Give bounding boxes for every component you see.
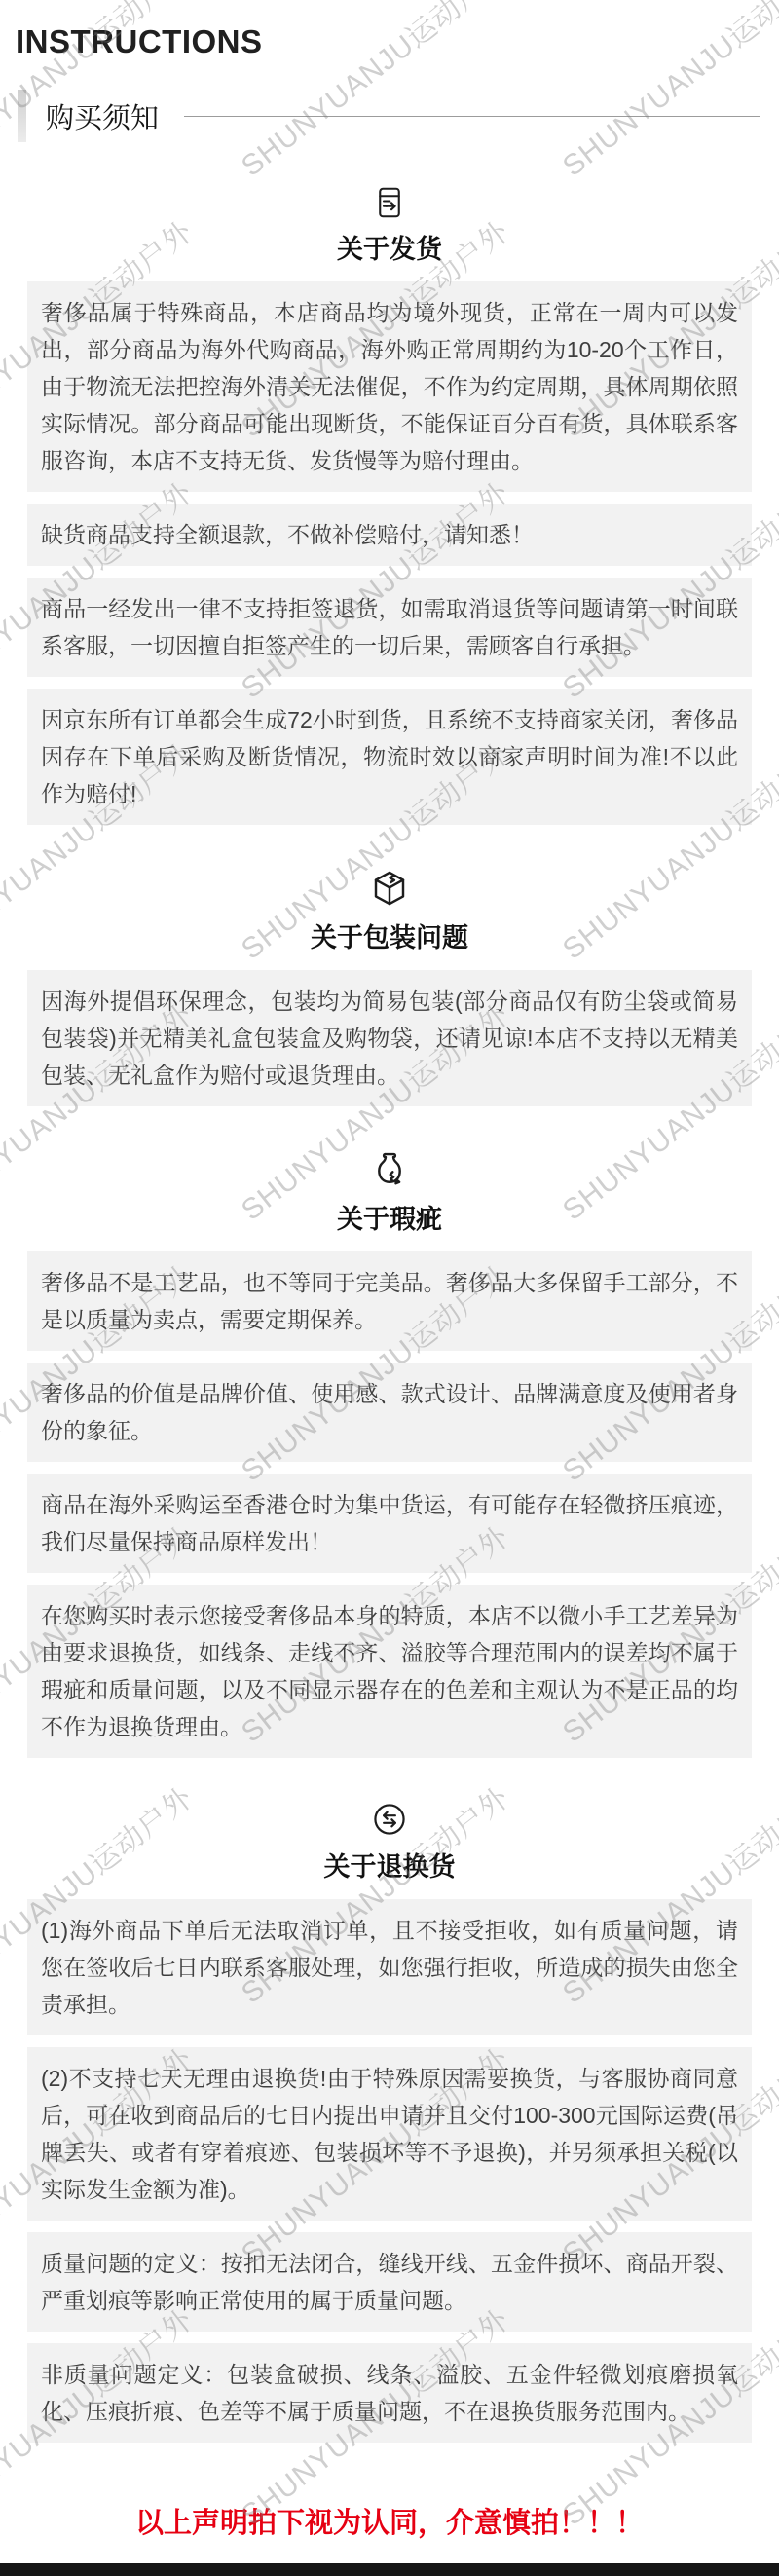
- section-returns: 关于退换货 (1)海外商品下单后无法取消订单，且不接受拒收，如有质量问题，请您在…: [0, 1801, 779, 2443]
- section-heading: 关于包装问题: [0, 916, 779, 954]
- notice-paragraph: 奢侈品不是工艺品，也不等同于完美品。奢侈品大多保留手工部分，不是以质量为卖点，需…: [27, 1251, 752, 1351]
- title-accent-bar: [18, 90, 26, 142]
- notice-paragraph: 因京东所有订单都会生成72小时到货，且系统不支持商家关闭，奢侈品因存在下单后采购…: [27, 689, 752, 825]
- shipping-box-icon: [0, 185, 779, 220]
- notice-paragraph: 奢侈品的价值是品牌价值、使用感、款式设计、品牌满意度及使用者身份的象征。: [27, 1363, 752, 1462]
- section-defects: 关于瑕疵 奢侈品不是工艺品，也不等同于完美品。奢侈品大多保留手工部分，不是以质量…: [0, 1149, 779, 1758]
- notice-paragraph: 质量问题的定义：按扣无法闭合，缝线开线、五金件损坏、商品开裂、严重划痕等影响正常…: [27, 2232, 752, 2332]
- section-title-row: 购买须知: [18, 90, 761, 142]
- page-title-cn: 购买须知: [46, 96, 159, 136]
- section-packaging: 关于包装问题 因海外提倡环保理念，包装均为简易包装(部分商品仅有防尘袋或简易包装…: [0, 868, 779, 1106]
- notice-paragraph: (2)不支持七天无理由退换货!由于特殊原因需要换货，与客服协商同意后，可在收到商…: [27, 2047, 752, 2221]
- section-heading: 关于退换货: [0, 1846, 779, 1884]
- section-heading: 关于瑕疵: [0, 1198, 779, 1236]
- notice-paragraph: 在您购买时表示您接受奢侈品本身的特质，本店不以微小手工艺差异为由要求退换货，如线…: [27, 1585, 752, 1758]
- bottom-black-bar: [0, 2563, 779, 2576]
- page-title-en: INSTRUCTIONS: [16, 23, 779, 60]
- notice-paragraph: 商品一经发出一律不支持拒签退货，如需取消退货等问题请第一时间联系客服，一切因擅自…: [27, 578, 752, 677]
- section-heading: 关于发货: [0, 228, 779, 266]
- footer-warning-text: 以上声明拍下视为认同，介意慎拍！！！: [0, 2501, 779, 2541]
- notice-paragraph: (1)海外商品下单后无法取消订单，且不接受拒收，如有质量问题，请您在签收后七日内…: [27, 1899, 752, 2035]
- page-header: INSTRUCTIONS: [0, 0, 779, 60]
- package-cube-icon: [0, 868, 779, 909]
- notice-paragraph: 因海外提倡环保理念，包装均为简易包装(部分商品仅有防尘袋或简易包装袋)并无精美礼…: [27, 970, 752, 1106]
- notice-paragraph: 缺货商品支持全额退款，不做补偿赔付，请知悉！: [27, 504, 752, 566]
- notice-paragraph: 商品在海外采购运至香港仓时为集中货运，有可能存在轻微挤压痕迹，我们尽量保持商品原…: [27, 1474, 752, 1573]
- exchange-arrows-icon: [0, 1801, 779, 1838]
- cracked-vase-icon: [0, 1149, 779, 1190]
- notice-paragraph: 非质量问题定义：包装盒破损、线条、溢胶、五金件轻微划痕磨损氧化、压痕折痕、色差等…: [27, 2343, 752, 2443]
- section-shipping: 关于发货 奢侈品属于特殊商品，本店商品均为境外现货，正常在一周内可以发出，部分商…: [0, 185, 779, 825]
- notice-paragraph: 奢侈品属于特殊商品，本店商品均为境外现货，正常在一周内可以发出，部分商品为海外代…: [27, 281, 752, 492]
- title-divider-line: [184, 116, 760, 117]
